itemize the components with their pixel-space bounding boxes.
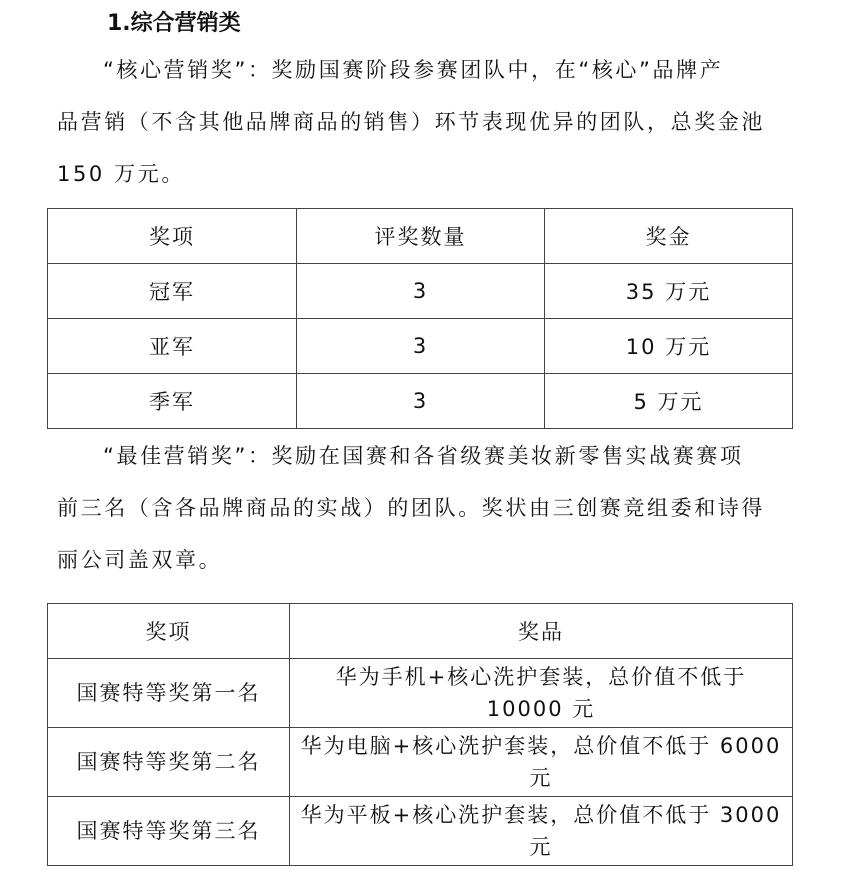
- header-cell: 奖项: [48, 209, 297, 264]
- paragraph-line: 丽公司盖双章。: [57, 534, 797, 586]
- core-marketing-award-table: 奖项 评奖数量 奖金 冠军 3 35 万元 亚军 3 10 万元 季军 3 5 …: [47, 208, 793, 429]
- award-cell: 亚军: [48, 319, 297, 374]
- paragraph-line: 品营销（不含其他品牌商品的销售）环节表现优异的团队，总奖金池: [57, 96, 797, 148]
- paragraph-line: “核心营销奖”：奖励国赛阶段参赛团队中，在“核心”品牌产: [57, 44, 797, 96]
- header-cell: 奖金: [545, 209, 793, 264]
- header-cell: 评奖数量: [297, 209, 545, 264]
- paragraph-line-text: “最佳营销奖”：奖励在国赛和各省级赛美妆新零售实战赛赛项: [103, 444, 744, 468]
- count-cell: 3: [297, 319, 545, 374]
- table-row: 季军 3 5 万元: [48, 374, 793, 429]
- section-heading: 1.综合营销类: [107, 6, 241, 37]
- prize-cell: 华为平板+核心洗护套装，总价值不低于 3000 元: [290, 797, 793, 866]
- award-cell: 国赛特等奖第三名: [48, 797, 290, 866]
- prize-cell: 35 万元: [545, 264, 793, 319]
- award-cell: 季军: [48, 374, 297, 429]
- core-marketing-award-paragraph: “核心营销奖”：奖励国赛阶段参赛团队中，在“核心”品牌产 品营销（不含其他品牌商…: [57, 44, 797, 200]
- table-row: 亚军 3 10 万元: [48, 319, 793, 374]
- prize-cell: 华为手机+核心洗护套装，总价值不低于 10000 元: [290, 659, 793, 728]
- award-cell: 国赛特等奖第一名: [48, 659, 290, 728]
- paragraph-line: 前三名（含各品牌商品的实战）的团队。奖状由三创赛竞组委和诗得: [57, 482, 797, 534]
- table-header-row: 奖项 评奖数量 奖金: [48, 209, 793, 264]
- prize-cell: 10 万元: [545, 319, 793, 374]
- award-cell: 冠军: [48, 264, 297, 319]
- table-header-row: 奖项 奖品: [48, 604, 793, 659]
- table-row: 国赛特等奖第三名 华为平板+核心洗护套装，总价值不低于 3000 元: [48, 797, 793, 866]
- best-marketing-award-paragraph: “最佳营销奖”：奖励在国赛和各省级赛美妆新零售实战赛赛项 前三名（含各品牌商品的…: [57, 430, 797, 586]
- paragraph-line: “最佳营销奖”：奖励在国赛和各省级赛美妆新零售实战赛赛项: [57, 430, 797, 482]
- paragraph-line-text: “核心营销奖”：奖励国赛阶段参赛团队中，在“核心”品牌产: [103, 58, 723, 82]
- table-row: 国赛特等奖第一名 华为手机+核心洗护套装，总价值不低于 10000 元: [48, 659, 793, 728]
- count-cell: 3: [297, 264, 545, 319]
- count-cell: 3: [297, 374, 545, 429]
- header-cell: 奖品: [290, 604, 793, 659]
- best-marketing-award-table: 奖项 奖品 国赛特等奖第一名 华为手机+核心洗护套装，总价值不低于 10000 …: [47, 603, 793, 866]
- table-row: 国赛特等奖第二名 华为电脑+核心洗护套装，总价值不低于 6000 元: [48, 728, 793, 797]
- award-cell: 国赛特等奖第二名: [48, 728, 290, 797]
- prize-cell: 华为电脑+核心洗护套装，总价值不低于 6000 元: [290, 728, 793, 797]
- paragraph-line: 150 万元。: [57, 148, 797, 200]
- header-cell: 奖项: [48, 604, 290, 659]
- prize-cell: 5 万元: [545, 374, 793, 429]
- table-row: 冠军 3 35 万元: [48, 264, 793, 319]
